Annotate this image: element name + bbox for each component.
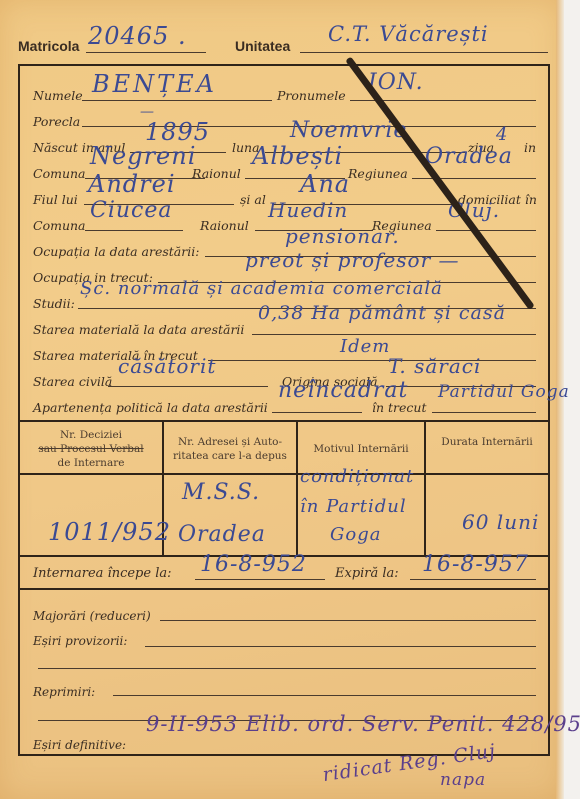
origina-value: T. săraci xyxy=(388,354,481,378)
numele-label: Numele xyxy=(33,88,83,103)
cell-motiv-line2: în Partidul xyxy=(300,496,407,517)
ocupatia-trecut-value: preot și profesor — xyxy=(245,248,460,272)
in-trecut-label: în trecut xyxy=(372,400,427,415)
unitatea-rule xyxy=(300,52,548,53)
in-trecut-rule xyxy=(432,412,536,413)
apartenenta-rule xyxy=(272,412,362,413)
stare-arest-value: 0,38 Ha pământ și casă xyxy=(258,302,506,324)
header-adresa-line2: ritatea care l-a depus xyxy=(164,449,296,463)
ocupatia-arest-label: Ocupația la data arestării: xyxy=(33,244,199,259)
incepe-label: Internarea începe la: xyxy=(33,566,172,581)
ocupatia-arest-value: pensionar. xyxy=(285,224,400,248)
header-motiv-line1: Motivul Internării xyxy=(298,442,424,456)
numele-value: BENȚEA xyxy=(92,70,217,98)
studii-label: Studii: xyxy=(33,296,75,311)
esiri-prov-rule xyxy=(145,646,536,647)
comuna2-rule xyxy=(85,230,183,231)
table-header-motiv: Motivul Internării xyxy=(298,442,424,456)
matricola-rule xyxy=(86,52,206,53)
raionul2-label: Raionul xyxy=(200,218,249,233)
cell-decizie: 1011/952 xyxy=(48,518,171,546)
comuna1-label: Comuna xyxy=(33,166,86,181)
table-header-border xyxy=(18,473,548,475)
ziua-value: 4 xyxy=(496,124,508,145)
comuna2-value: Ciucea xyxy=(90,198,173,223)
regiunea1-label: Regiunea xyxy=(348,166,408,181)
cell-adresa-line2: Oradea xyxy=(178,522,266,547)
table-col-divider-2 xyxy=(296,420,298,556)
header-durata-line1: Durata Internării xyxy=(426,435,548,449)
header-decizie-line2: sau Procesul Verbal xyxy=(20,442,162,456)
matricola-label: Matricola xyxy=(18,38,79,54)
in-label: in xyxy=(524,140,536,155)
raionul2-value: Huedin xyxy=(268,198,348,222)
porecla-label: Porecla xyxy=(33,114,80,129)
header-decizie-line1: Nr. Deciziei xyxy=(20,428,162,442)
stare-civila-rule xyxy=(108,386,268,387)
unitatea-value: C.T. Văcărești xyxy=(328,22,489,46)
majorari-rule xyxy=(160,620,536,621)
stare-arest-rule xyxy=(252,334,536,335)
comuna1-value: Negreni xyxy=(90,142,196,170)
stare-civila-value: căsătorit xyxy=(118,354,216,378)
pronumele-label: Pronumele xyxy=(277,88,346,103)
fiul-label: Fiul lui xyxy=(33,192,78,207)
regiunea1-rule xyxy=(412,178,536,179)
fiul-value: Andrei xyxy=(88,170,176,198)
raionul1-label: Raionul xyxy=(192,166,241,181)
si-al-label: și al xyxy=(240,192,266,207)
note-line2: napa xyxy=(440,770,486,790)
table-header-durata: Durata Internării xyxy=(426,435,548,449)
regiunea1-value: Oradea xyxy=(425,144,513,169)
stare-trecut-rule xyxy=(208,360,536,361)
internment-bottom-border xyxy=(18,588,548,590)
numele-rule xyxy=(82,100,272,101)
expira-label: Expiră la: xyxy=(335,566,399,581)
esiri-prov-rule-2 xyxy=(38,668,536,669)
studii-value: Șc. normală și academia comercială xyxy=(80,278,443,299)
table-top-border xyxy=(18,420,548,422)
table-header-decizie: Nr. Deciziei sau Procesul Verbal de Inte… xyxy=(20,428,162,470)
apartenenta-label: Apartenența politică la data arestării xyxy=(33,400,268,415)
unitatea-label: Unitatea xyxy=(235,38,290,54)
stare-civila-label: Starea civilă xyxy=(33,374,112,389)
cell-motiv-line1: condiționat xyxy=(300,466,414,487)
comuna2-label: Comuna xyxy=(33,218,86,233)
raionul1-value: Albești xyxy=(252,142,343,170)
regiunea2-rule xyxy=(436,230,536,231)
header-adresa-line1: Nr. Adresei și Auto- xyxy=(164,435,296,449)
cell-motiv-line3: Goga xyxy=(330,524,381,545)
reprimiri-rule xyxy=(113,695,536,696)
expira-rule xyxy=(410,579,536,580)
stare-trecut-value: Idem xyxy=(340,336,390,357)
si-al-value: Ana xyxy=(300,170,350,198)
incepe-rule xyxy=(195,579,325,580)
majorari-label: Majorări (reduceri) xyxy=(33,609,151,623)
esiri-def-label: Eșiri definitive: xyxy=(33,738,126,752)
header-decizie-line3: de Internare xyxy=(20,456,162,470)
esiri-prov-label: Eșiri provizorii: xyxy=(33,634,127,648)
matricola-value: 20465 . xyxy=(88,22,187,50)
table-header-adresa: Nr. Adresei și Auto- ritatea care l-a de… xyxy=(164,435,296,463)
expira-value: 16-8-957 xyxy=(422,552,529,577)
in-trecut-value: Partidul Goga xyxy=(438,382,570,402)
incepe-value: 16-8-952 xyxy=(200,552,307,577)
reprimiri-label: Reprimiri: xyxy=(33,685,95,699)
stare-arest-label: Starea materială la data arestării xyxy=(33,322,244,337)
cell-durata: 60 luni xyxy=(462,510,539,534)
esiri-def-value: 9-II-953 Elib. ord. Serv. Penit. 428/953 xyxy=(146,712,580,736)
cell-adresa-line1: M.S.S. xyxy=(182,480,260,505)
record-card: Matricola 20465 . Unitatea C.T. Văcăreșt… xyxy=(0,0,562,799)
